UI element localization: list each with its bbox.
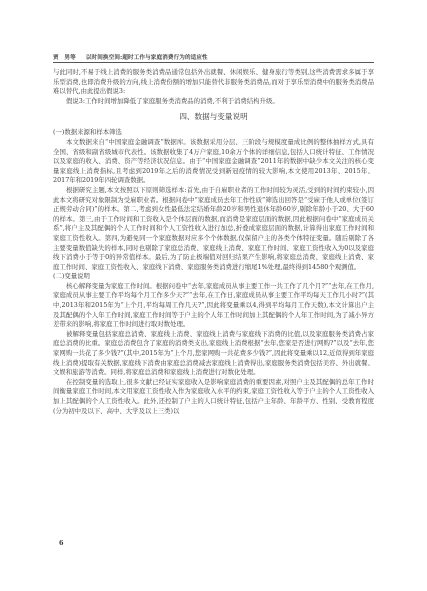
subsection-title-data-source: (一)数据来源和样本筛选: [53, 128, 374, 138]
paragraph-control-variables: 在控制变量的选取上,很多文献已经证实家庭收入是影响家庭消费的重要因素,对照户主及…: [53, 378, 374, 416]
paragraph-dependent-variables: 被解释变量包括家庭总消费、家庭线上消费、家庭线上消费与家庭线下消费的比值,以及家…: [53, 330, 374, 378]
header-authors: 贾 男等: [53, 55, 76, 61]
paragraph-sample-selection: 根据研究主题,本文按照以下原则筛选样本:首先,由于自雇职业者的工作时间较为灵活,…: [53, 186, 374, 272]
header-rule: [53, 62, 374, 63]
body-text: 与此同时,不易于线上消费的服务类消费品通常包括外出就餐、休闲娱乐、健身旅行等类别…: [53, 68, 374, 416]
paragraph-hypothesis-context: 与此同时,不易于线上消费的服务类消费品通常包括外出就餐、休闲娱乐、健身旅行等类别…: [53, 68, 374, 97]
section-title: 四、数据与变量说明: [53, 112, 374, 122]
running-header: 贾 男等 以时间换空间:超时工作与家庭消费行为的适应性: [53, 53, 374, 61]
paper-page: 贾 男等 以时间换空间:超时工作与家庭消费行为的适应性 与此同时,不易于线上消费…: [53, 0, 374, 591]
paragraph-data-source: 本文数据来自“中国家庭金融调查”数据库。该数据采用分层、三阶段与规模度量成比例的…: [53, 138, 374, 186]
page-number: 6: [59, 539, 63, 547]
paragraph-core-variable: 核心解释变量为家庭工作时间。根据问卷中“去年,家庭成员从事主要工作一共工作了几个…: [53, 282, 374, 330]
header-title: 以时间换空间:超时工作与家庭消费行为的适应性: [86, 55, 208, 61]
paragraph-hypothesis-3: 假说3:工作时间增加降低了家庭服务类消费品的消费,不利于消费结构升级。: [53, 97, 374, 107]
subsection-title-variables: (二)变量说明: [53, 272, 374, 282]
